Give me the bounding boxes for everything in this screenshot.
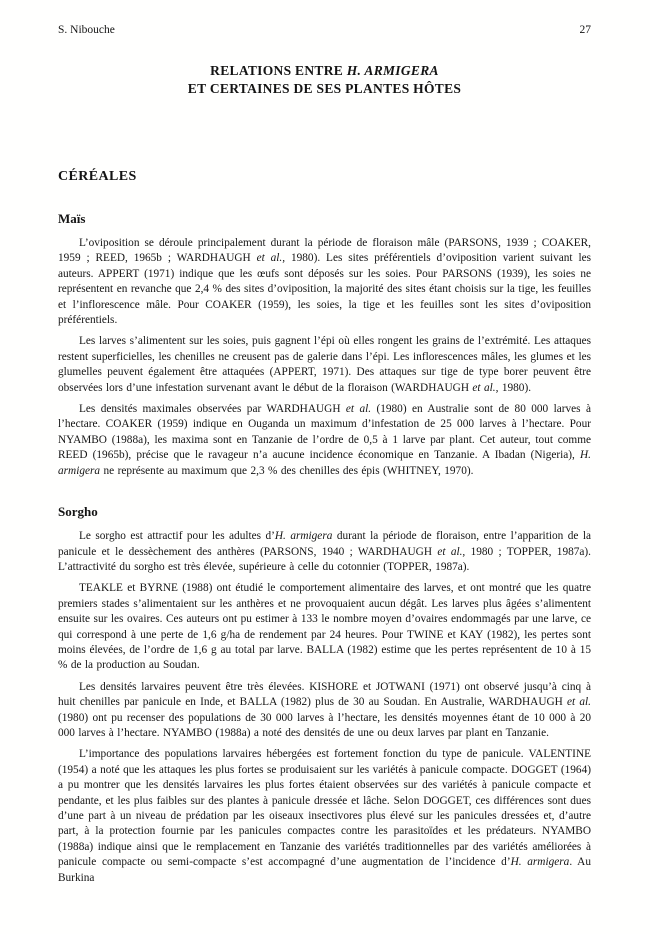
page-number: 27 [580,24,592,36]
paragraph-sorgho-1: Le sorgho est attractif pour les adultes… [58,529,591,575]
section-heading-cereales: CÉRÉALES [58,168,591,186]
paragraph-mais-2: Les larves s’alimentent sur les soies, p… [58,334,591,396]
running-header: S. Nibouche 27 [58,24,591,36]
document-title: RELATIONS ENTRE H. ARMIGERA ET CERTAINES… [58,62,591,98]
paragraph-sorgho-2: TEAKLE et BYRNE (1988) ont étudié le com… [58,581,591,673]
paragraph-mais-1: L’oviposition se déroule principalement … [58,236,591,328]
sorgho-paragraphs: Le sorgho est attractif pour les adultes… [58,529,591,886]
paragraph-mais-3: Les densités maximales observées par WAR… [58,402,591,479]
mais-paragraphs: L’oviposition se déroule principalement … [58,236,591,479]
paragraph-sorgho-3: Les densités larvaires peuvent être très… [58,680,591,742]
running-head-author: S. Nibouche [58,24,115,36]
title-line-2: ET CERTAINES DE SES PLANTES HÔTES [58,80,591,98]
subsection-heading-mais: Maïs [58,210,591,227]
subsection-heading-sorgho: Sorgho [58,503,591,520]
document-page: S. Nibouche 27 RELATIONS ENTRE H. ARMIGE… [0,0,650,934]
paragraph-sorgho-4: L’importance des populations larvaires h… [58,747,591,886]
title-line-1: RELATIONS ENTRE H. ARMIGERA [58,62,591,80]
